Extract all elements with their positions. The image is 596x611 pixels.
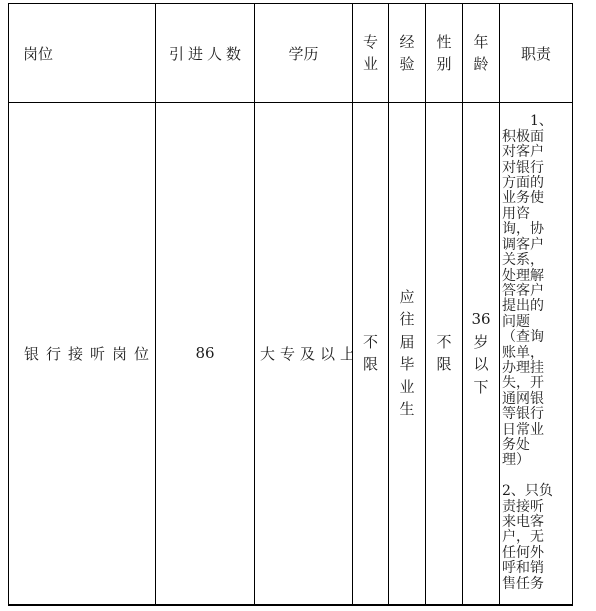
header-education: 学历 (255, 4, 353, 103)
header-duties: 职责 (500, 4, 573, 103)
cell-age: 36岁以下 (463, 103, 500, 605)
header-experience: 经验 (389, 4, 426, 103)
header-position: 岗位 (9, 4, 156, 103)
cell-gender: 不限 (426, 103, 463, 605)
cell-experience: 应往届毕业生 (389, 103, 426, 605)
cell-duties: 1、积极面对客户对银行方面的业务使用咨询，协调客户关系，处理解答客户提出的问题（… (500, 103, 573, 605)
table-header-row: 岗位 引进人数 学历 专业 经验 性别 年龄 职责 (9, 4, 573, 103)
header-age: 年龄 (463, 4, 500, 103)
header-major: 专业 (353, 4, 389, 103)
cell-education: 大专及以上 (255, 103, 353, 605)
cell-major: 不限 (353, 103, 389, 605)
cell-headcount: 86 (156, 103, 255, 605)
cell-position: 银行接听岗位 (9, 103, 156, 605)
table-row: 银行接听岗位 86 大专及以上 不限 应往届毕业生 不限 36岁以下 1、积极面… (9, 103, 573, 605)
recruitment-table: 岗位 引进人数 学历 专业 经验 性别 年龄 职责 银行接听岗位 86 大专及以… (8, 3, 573, 606)
header-gender: 性别 (426, 4, 463, 103)
header-headcount: 引进人数 (156, 4, 255, 103)
